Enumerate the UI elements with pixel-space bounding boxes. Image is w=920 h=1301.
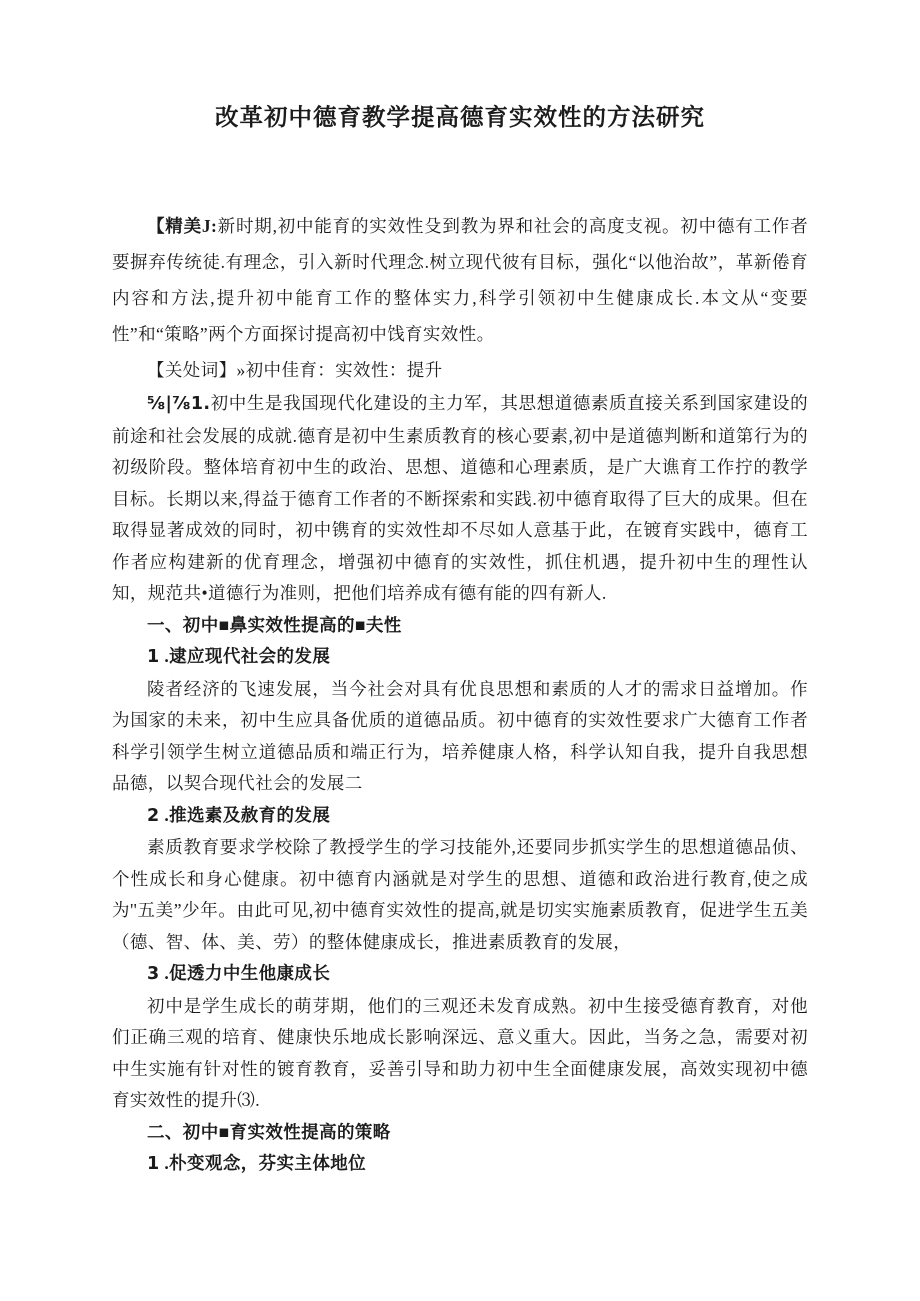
section-2-subheading-1: 1 .朴变观念，芬实主体地位 [112, 1148, 808, 1181]
subheading-text: .逮应现代社会的发展 [160, 646, 331, 666]
keywords-label: 【关处词】 [147, 360, 237, 380]
subheading-number: 2 [147, 806, 160, 826]
subheading-number: 1 [147, 1154, 160, 1174]
subheading-number: 1 [147, 647, 160, 667]
abstract-text: 新时期,初中能育的实效性殳到教为界和社会的高度支视。初中德有工作者要摒弃传统徒.… [112, 216, 808, 344]
keywords-text: »初中佳育：实效性：提升 [237, 360, 443, 380]
subheading-number: 3 [147, 964, 160, 984]
section-1-subheading-3: 3 .促透力中生他康成长 [112, 958, 808, 991]
section-1-paragraph-3: 初中是学生成长的萌芽期，他们的三观还未发育成熟。初中生接受德育教育，对他们正确三… [112, 991, 808, 1117]
abstract-paragraph: 【精美J:新时期,初中能育的实效性殳到教为界和社会的高度支视。初中德有工作者要摒… [112, 208, 808, 352]
intro-text: 初中生是我国现代化建设的主力军，其思想道德素质直接关系到国家建设的前途和社会发展… [112, 393, 808, 603]
document-page: 改革初中德育教学提高德育实效性的方法研究 【精美J:新时期,初中能育的实效性殳到… [0, 0, 920, 1301]
section-1-subheading-2: 2 .推选素及赦育的发展 [112, 800, 808, 833]
section-2-heading: 二、初中■育实效性提高的策略 [112, 1117, 808, 1149]
document-title: 改革初中德育教学提高德育实效性的方法研究 [112, 100, 808, 136]
subheading-text: .推选素及赦育的发展 [160, 805, 331, 825]
subheading-text: .促透力中生他康成长 [160, 963, 331, 983]
subheading-text: .朴变观念，芬实主体地位 [160, 1153, 366, 1173]
section-1-heading: 一、初中■鼻实效性提高的■夫性 [112, 610, 808, 642]
section-1-subheading-1: 1 .逮应现代社会的发展 [112, 641, 808, 674]
section-1-paragraph-2: 素质教育要求学校除了教授学生的学习技能外,还要同步抓实学生的思想道德品侦、个性成… [112, 832, 808, 958]
intro-paragraph: ⅝|⅞1.初中生是我国现代化建设的主力军，其思想道德素质直接关系到国家建设的前途… [112, 388, 808, 610]
keywords-line: 【关处词】»初中佳育：实效性：提升 [112, 352, 808, 388]
section-1-paragraph-1: 陵者经济的飞速发展，当今社会对具有优良思想和素质的人才的需求日益增加。作为国家的… [112, 674, 808, 800]
intro-marker: ⅝|⅞1. [147, 394, 210, 414]
abstract-label: 【精美J: [147, 216, 217, 236]
